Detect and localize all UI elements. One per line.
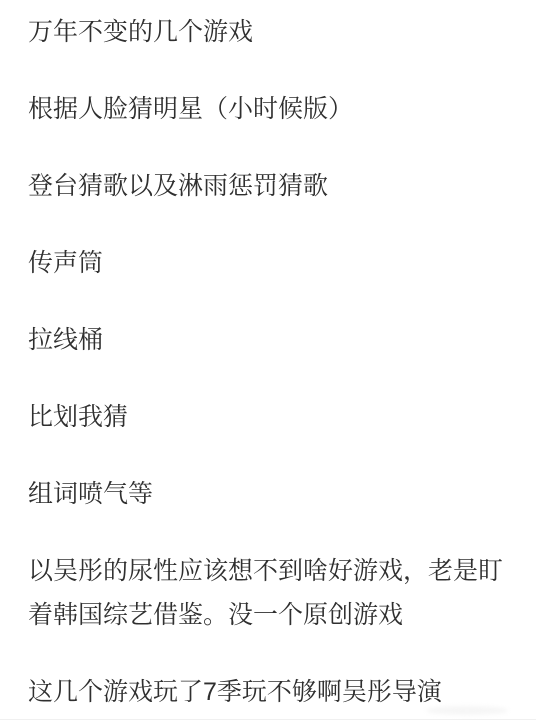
post-paragraph: 组词喷气等 [28, 472, 508, 516]
post-paragraph: 以吴彤的尿性应该想不到啥好游戏，老是盯着韩国综艺借鉴。没一个原创游戏 [28, 549, 508, 637]
post-paragraph: 比划我猜 [28, 395, 508, 439]
screenshot-root: { "page": { "background_color": "#ffffff… [0, 0, 536, 723]
watermark-smudge [426, 706, 508, 715]
post-paragraph: 根据人脸猜明星（小时候版） [28, 87, 508, 131]
post-body: 万年不变的几个游戏根据人脸猜明星（小时候版）登台猜歌以及淋雨惩罚猜歌传声筒拉线桶… [0, 0, 536, 714]
post-paragraph: 传声筒 [28, 241, 508, 285]
post-paragraph: 登台猜歌以及淋雨惩罚猜歌 [28, 164, 508, 208]
screenshot-bottom-edge [0, 719, 536, 720]
post-paragraph: 拉线桶 [28, 318, 508, 362]
post-paragraph: 万年不变的几个游戏 [28, 10, 508, 54]
